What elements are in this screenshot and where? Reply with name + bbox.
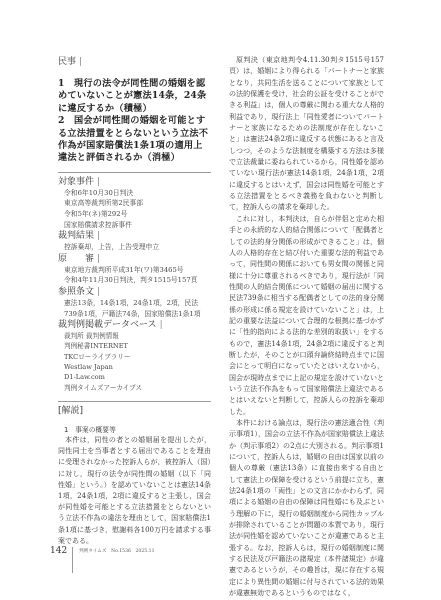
original-title: 原 審| — [58, 253, 211, 265]
title-bar: | — [160, 320, 163, 330]
right-column: 原判決（東京地判令4.11.30判タ1515号157頁）は，婚姻により得られる「… — [229, 55, 384, 600]
holding-1: 1 現行の法令が同性間の婚姻を認めていないことが憲法14条，24条に違反するか（… — [58, 78, 211, 115]
case-court: 東京高等裁判所第2民事部 — [64, 198, 211, 209]
result-title: 裁判結果| — [58, 230, 211, 242]
original-judgment: 令和4年11月30日判決，判タ1515号157頁 — [64, 275, 211, 286]
reference-line: 憲法13条，14条1項，24条1項，2項，民法739条1項，戸籍法74条，国家賠… — [64, 298, 211, 319]
target-case-details: 令和6年10月30日判決 東京高等裁判所第2民事部 令和5年(ネ)第292号 国… — [58, 188, 211, 230]
divider-rule — [58, 401, 211, 402]
target-case-title-text: 対象事件 — [58, 177, 94, 187]
database-item: 裁判所 裁判例情報 — [64, 331, 211, 341]
section-divider: | — [79, 57, 82, 67]
database-title: 裁判例掲載データベース| — [58, 319, 211, 331]
commentary-title: [解説] — [58, 405, 211, 417]
title-bar: | — [97, 287, 100, 297]
original-title-text: 原 審 — [58, 254, 94, 264]
document-page: 民事| 1 現行の法令が同性間の婚姻を認めていないことが憲法14条，24条に違反… — [0, 0, 441, 600]
page-number: 142 — [50, 546, 67, 556]
result-title-text: 裁判結果 — [58, 231, 94, 241]
database-item: D1-Law.com — [64, 372, 211, 382]
original-case-number: 東京地方裁判所平成31年(ワ)第3465号 — [64, 265, 211, 276]
body-paragraph: これに対し，本判決は，自らが伴侶と定めた相手との永続的な人的結合関係について「配… — [229, 214, 384, 418]
database-list: 裁判所 裁判例情報 判例秘書INTERNET TKCローライブラリー Westl… — [58, 331, 211, 393]
title-bar: | — [97, 177, 100, 187]
section-label-text: 民事 — [58, 57, 76, 67]
divider-rule — [58, 172, 211, 173]
footer-divider — [72, 547, 73, 573]
left-column: 民事| 1 現行の法令が同性間の婚姻を認めていないことが憲法14条，24条に違反… — [58, 56, 211, 547]
original-details: 東京地方裁判所平成31年(ワ)第3465号 令和4年11月30日判決，判タ151… — [58, 265, 211, 286]
reference-details: 憲法13条，14条1項，24条1項，2項，民法739条1項，戸籍法74条，国家賠… — [58, 298, 211, 319]
database-item: TKCローライブラリー — [64, 352, 211, 362]
body-paragraph: 本件における論点は，現行法の憲法適合性（判示事項1），国会の立法不作為が国家賠償… — [229, 418, 384, 600]
database-title-text: 裁判例掲載データベース — [58, 320, 157, 330]
target-case-title: 対象事件| — [58, 176, 211, 188]
holding-2: 2 国会が同性間の婚姻を可能とする立法措置をとらないという立法不作為が国家賠償法… — [58, 115, 211, 165]
holdings-headings: 1 現行の法令が同性間の婚姻を認めていないことが憲法14条，24条に違反するか（… — [58, 78, 211, 165]
commentary-paragraph: 本件は，同性の者との婚姻届を提出したが，同性同士を当事者とする届出であることを理… — [58, 435, 211, 547]
journal-info: 判例タイムズ No.1536 2025.11 — [79, 548, 155, 554]
title-bar: | — [97, 231, 100, 241]
result-line: 控訴棄却，上告，上告受理申立 — [64, 242, 211, 253]
database-item: 判例秘書INTERNET — [64, 341, 211, 351]
body-paragraph: 原判決（東京地判令4.11.30判タ1515号157頁）は，婚姻により得られる「… — [229, 55, 384, 214]
database-item: Westlaw Japan — [64, 362, 211, 372]
case-number: 令和5年(ネ)第292号 — [64, 209, 211, 220]
case-type: 国家賠償請求控訴事件 — [64, 220, 211, 231]
result-details: 控訴棄却，上告，上告受理申立 — [58, 242, 211, 253]
commentary-subheading: 1 事案の概要等 — [58, 425, 211, 435]
reference-title-text: 参照条文 — [58, 287, 94, 297]
section-label: 民事| — [58, 56, 211, 68]
database-item: 判例タイムズアーカイブス — [64, 383, 211, 393]
case-date: 令和6年10月30日判決 — [64, 188, 211, 199]
reference-title: 参照条文| — [58, 286, 211, 298]
title-bar: | — [97, 254, 100, 264]
